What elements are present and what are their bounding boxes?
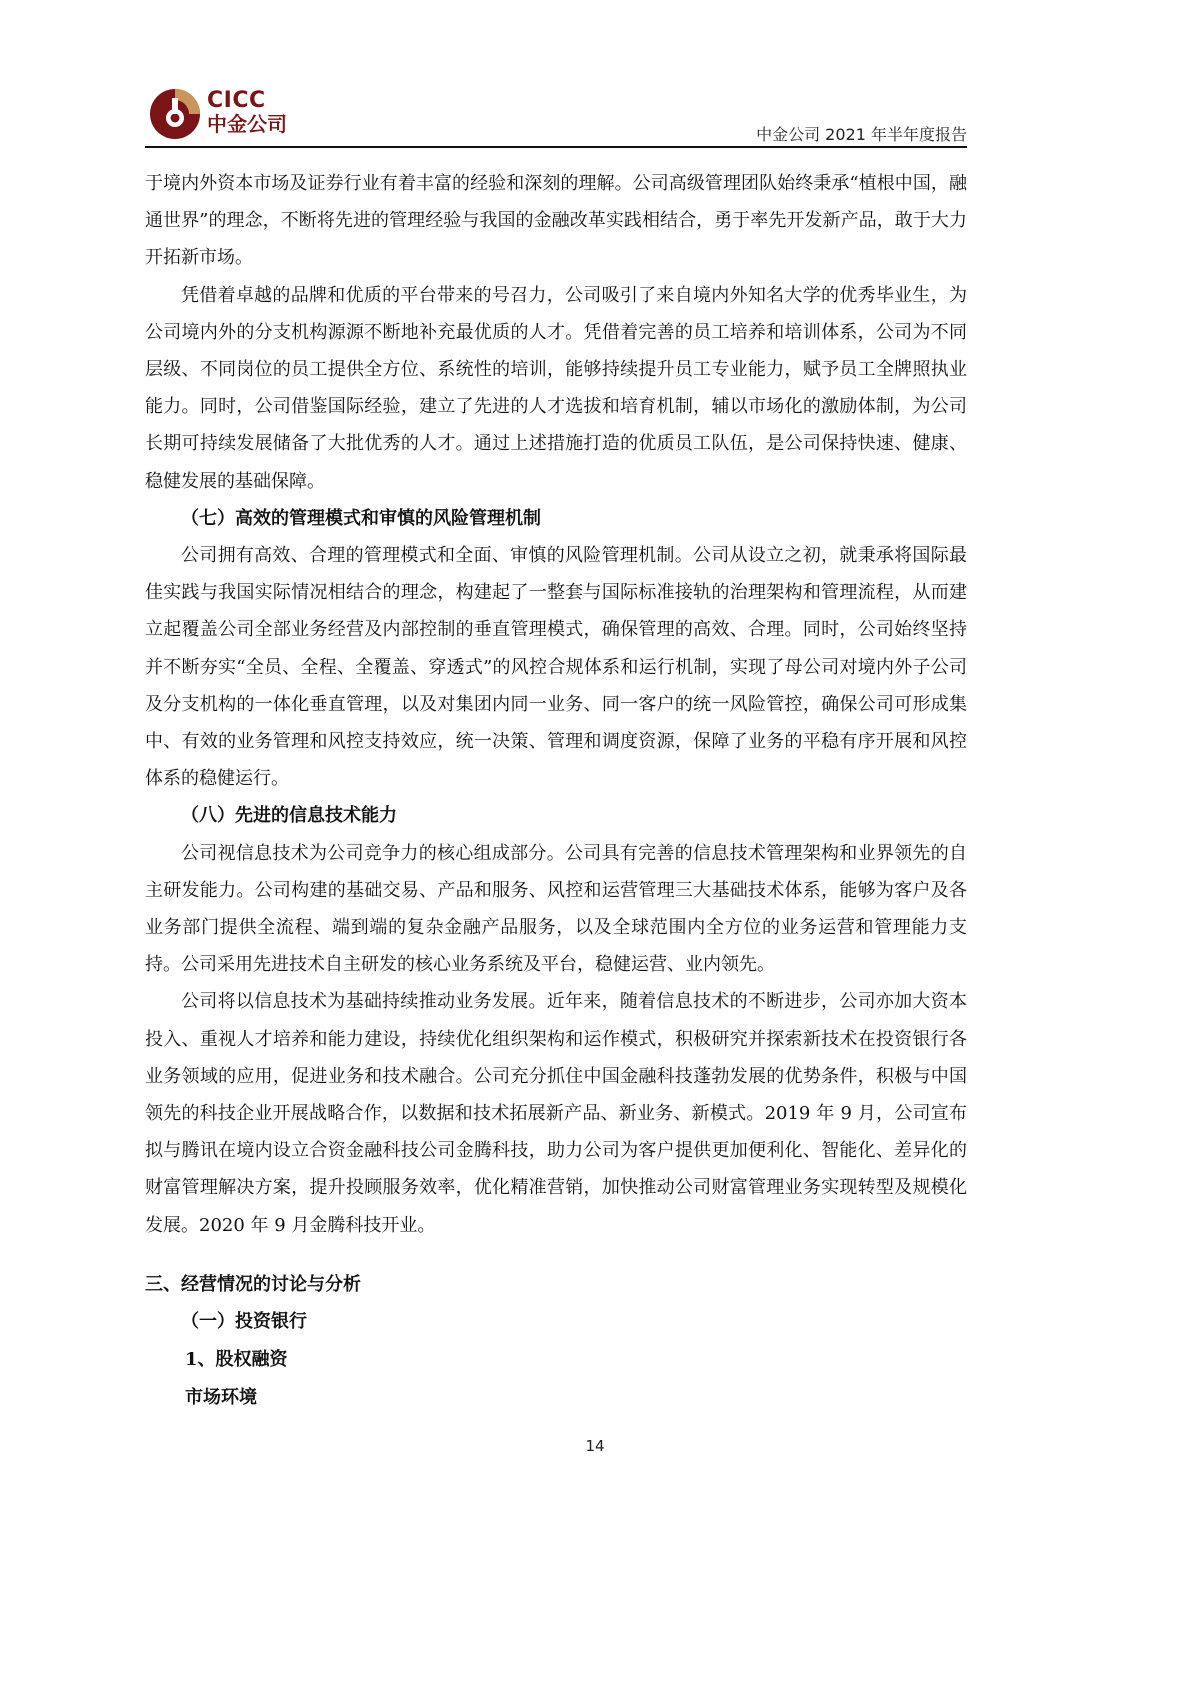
paragraph: 于境内外资本市场及证券行业有着丰富的经验和深刻的理解。公司高级管理团队始终秉承“… (145, 165, 967, 277)
cicc-logo-icon (149, 88, 201, 140)
section-heading: （七）高效的管理模式和审慎的风险管理机制 (145, 500, 967, 537)
report-title: 中金公司 2021 年半年度报告 (756, 122, 967, 145)
paragraph: 公司拥有高效、合理的管理模式和全面、审慎的风险管理机制。公司从设立之初，就秉承将… (145, 537, 967, 797)
logo-chinese: 中金公司 (207, 112, 287, 136)
header-divider (145, 146, 967, 148)
document-body: 于境内外资本市场及证券行业有着丰富的经验和深刻的理解。公司高级管理团队始终秉承“… (145, 165, 967, 1417)
subsection-heading: 1、股权融资 (145, 1341, 967, 1379)
subsection-heading: 市场环境 (145, 1379, 967, 1417)
paragraph: 公司将以信息技术为基础持续推动业务发展。近年来，随着信息技术的不断进步，公司亦加… (145, 983, 967, 1243)
page-header: CICC 中金公司 中金公司 2021 年半年度报告 (145, 78, 967, 156)
subsection-heading: （一）投资银行 (145, 1303, 967, 1341)
chapter-heading: 三、经营情况的讨论与分析 (145, 1266, 967, 1303)
logo-text: CICC 中金公司 (207, 90, 287, 136)
logo-english: CICC (207, 90, 287, 112)
paragraph: 凭借着卓越的品牌和优质的平台带来的号召力，公司吸引了来自境内外知名大学的优秀毕业… (145, 277, 967, 500)
section-heading: （八）先进的信息技术能力 (145, 797, 967, 834)
page-number: 14 (0, 1437, 1190, 1455)
paragraph: 公司视信息技术为公司竞争力的核心组成部分。公司具有完善的信息技术管理架构和业界领… (145, 835, 967, 984)
cicc-logo: CICC 中金公司 (145, 86, 295, 142)
